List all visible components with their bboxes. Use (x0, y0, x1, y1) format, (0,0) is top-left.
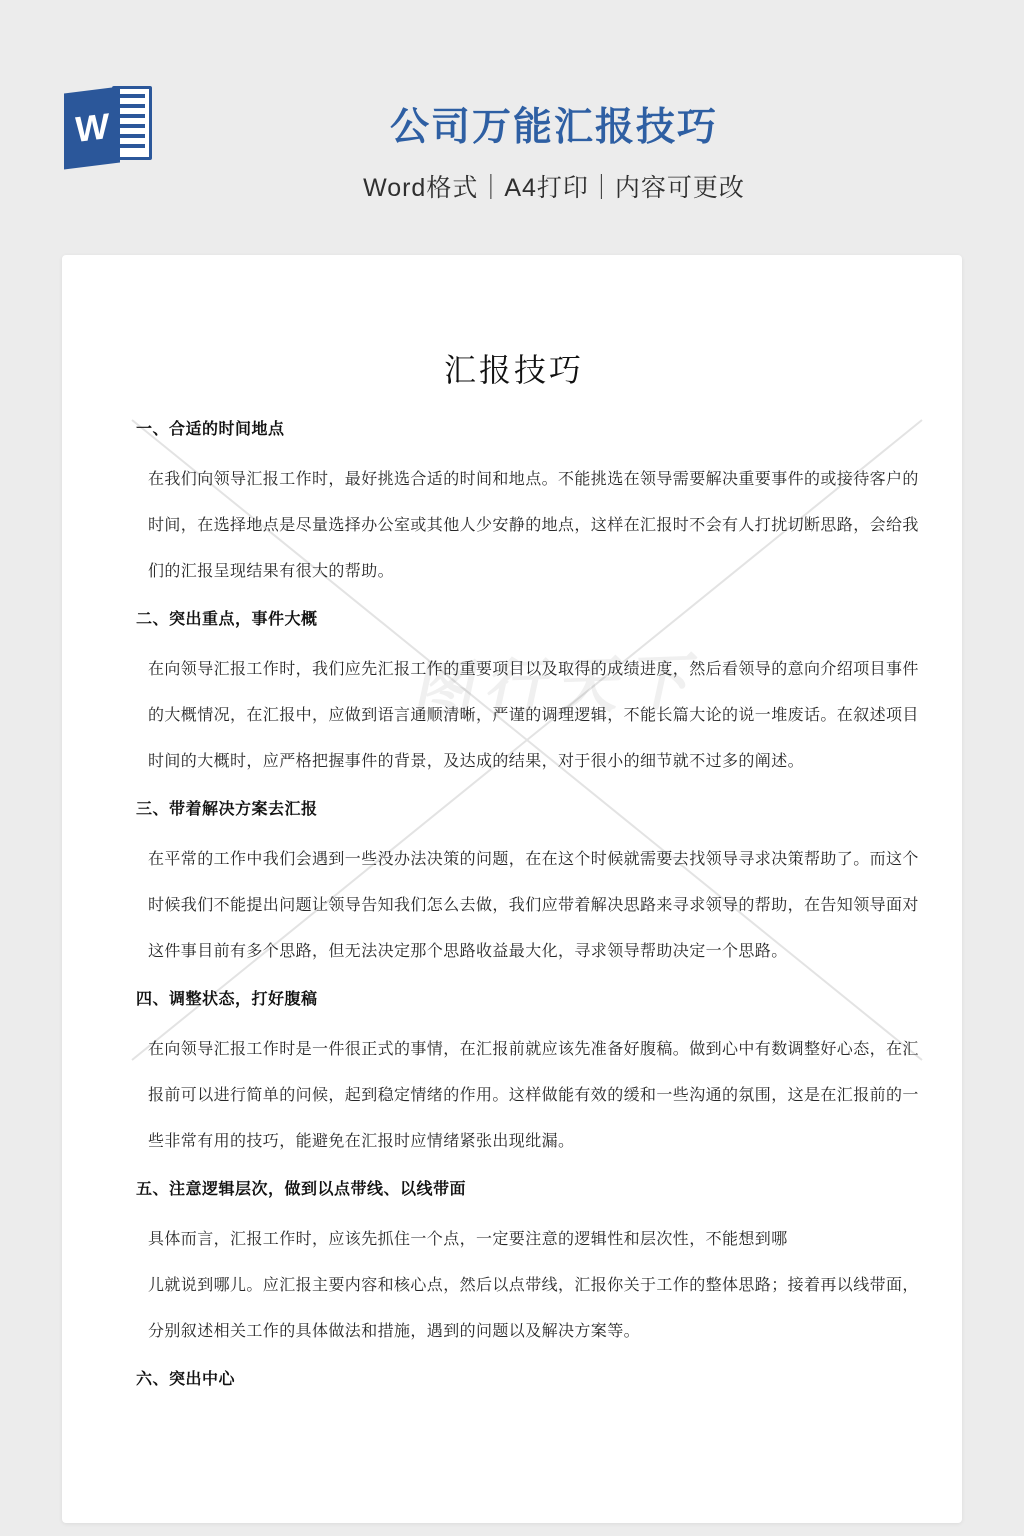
section-heading: 四、调整状态，打好腹稿 (136, 977, 892, 1023)
paragraph-line: 时间的大概时，应严格把握事件的背景，及达成的结果，对于很小的细节就不过多的阐述。 (148, 739, 892, 785)
page-title: 公司万能汇报技巧 (84, 96, 1024, 152)
paragraph-line: 些非常有用的技巧，能避免在汇报时应情绪紧张出现纰漏。 (148, 1119, 892, 1165)
document-preview-card: 图行天下 汇报技巧 一、合适的时间地点 在我们向领导汇报工作时，最好挑选合适的时… (62, 255, 962, 1523)
section: 二、突出重点，事件大概 在向领导汇报工作时，我们应先汇报工作的重要项目以及取得的… (136, 597, 892, 785)
section-heading: 一、合适的时间地点 (136, 407, 892, 453)
section-paragraph: 在向领导汇报工作时，我们应先汇报工作的重要项目以及取得的成绩进度，然后看领导的意… (136, 647, 892, 785)
paragraph-line: 在向领导汇报工作时是一件很正式的事情，在汇报前就应该先准备好腹稿。做到心中有数调… (148, 1027, 892, 1073)
section-heading: 六、突出中心 (136, 1357, 892, 1403)
section: 六、突出中心 (136, 1357, 892, 1403)
paragraph-line: 在平常的工作中我们会遇到一些没办法决策的问题，在在这个时候就需要去找领导寻求决策… (148, 837, 892, 883)
paragraph-line: 的大概情况，在汇报中，应做到语言通顺清晰，严谨的调理逻辑，不能长篇大论的说一堆废… (148, 693, 892, 739)
document-body: 汇报技巧 一、合适的时间地点 在我们向领导汇报工作时，最好挑选合适的时间和地点。… (62, 255, 962, 1403)
section: 四、调整状态，打好腹稿 在向领导汇报工作时是一件很正式的事情，在汇报前就应该先准… (136, 977, 892, 1165)
section-paragraph: 在我们向领导汇报工作时，最好挑选合适的时间和地点。不能挑选在领导需要解决重要事件… (136, 457, 892, 595)
paragraph-line: 儿就说到哪儿。应汇报主要内容和核心点，然后以点带线，汇报你关于工作的整体思路；接… (148, 1263, 892, 1309)
section-paragraph: 在平常的工作中我们会遇到一些没办法决策的问题，在在这个时候就需要去找领导寻求决策… (136, 837, 892, 975)
section: 三、带着解决方案去汇报 在平常的工作中我们会遇到一些没办法决策的问题，在在这个时… (136, 787, 892, 975)
section-heading: 二、突出重点，事件大概 (136, 597, 892, 643)
header-text-block: 公司万能汇报技巧 Word格式｜A4打印｜内容可更改 (0, 0, 1024, 204)
paragraph-line: 们的汇报呈现结果有很大的帮助。 (148, 549, 892, 595)
paragraph-line: 在我们向领导汇报工作时，最好挑选合适的时间和地点。不能挑选在领导需要解决重要事件… (148, 457, 892, 503)
paragraph-line: 这件事目前有多个思路，但无法决定那个思路收益最大化，寻求领导帮助决定一个思路。 (148, 929, 892, 975)
section-paragraph: 具体而言，汇报工作时，应该先抓住一个点，一定要注意的逻辑性和层次性，不能想到哪 … (136, 1217, 892, 1355)
paragraph-line: 具体而言，汇报工作时，应该先抓住一个点，一定要注意的逻辑性和层次性，不能想到哪 (148, 1217, 892, 1263)
paragraph-line: 报前可以进行简单的问候，起到稳定情绪的作用。这样做能有效的缓和一些沟通的氛围，这… (148, 1073, 892, 1119)
section-heading: 五、注意逻辑层次，做到以点带线、以线带面 (136, 1167, 892, 1213)
paragraph-line: 分别叙述相关工作的具体做法和措施，遇到的问题以及解决方案等。 (148, 1309, 892, 1355)
section: 五、注意逻辑层次，做到以点带线、以线带面 具体而言，汇报工作时，应该先抓住一个点… (136, 1167, 892, 1355)
document-title: 汇报技巧 (136, 345, 892, 395)
section-heading: 三、带着解决方案去汇报 (136, 787, 892, 833)
page-subtitle: Word格式｜A4打印｜内容可更改 (84, 168, 1024, 204)
paragraph-line: 时间，在选择地点是尽量选择办公室或其他人少安静的地点，这样在汇报时不会有人打扰切… (148, 503, 892, 549)
paragraph-line: 时候我们不能提出问题让领导告知我们怎么去做，我们应带着解决思路来寻求领导的帮助，… (148, 883, 892, 929)
section: 一、合适的时间地点 在我们向领导汇报工作时，最好挑选合适的时间和地点。不能挑选在… (136, 407, 892, 595)
section-paragraph: 在向领导汇报工作时是一件很正式的事情，在汇报前就应该先准备好腹稿。做到心中有数调… (136, 1027, 892, 1165)
paragraph-line: 在向领导汇报工作时，我们应先汇报工作的重要项目以及取得的成绩进度，然后看领导的意… (148, 647, 892, 693)
page-header: W 公司万能汇报技巧 Word格式｜A4打印｜内容可更改 (0, 0, 1024, 255)
